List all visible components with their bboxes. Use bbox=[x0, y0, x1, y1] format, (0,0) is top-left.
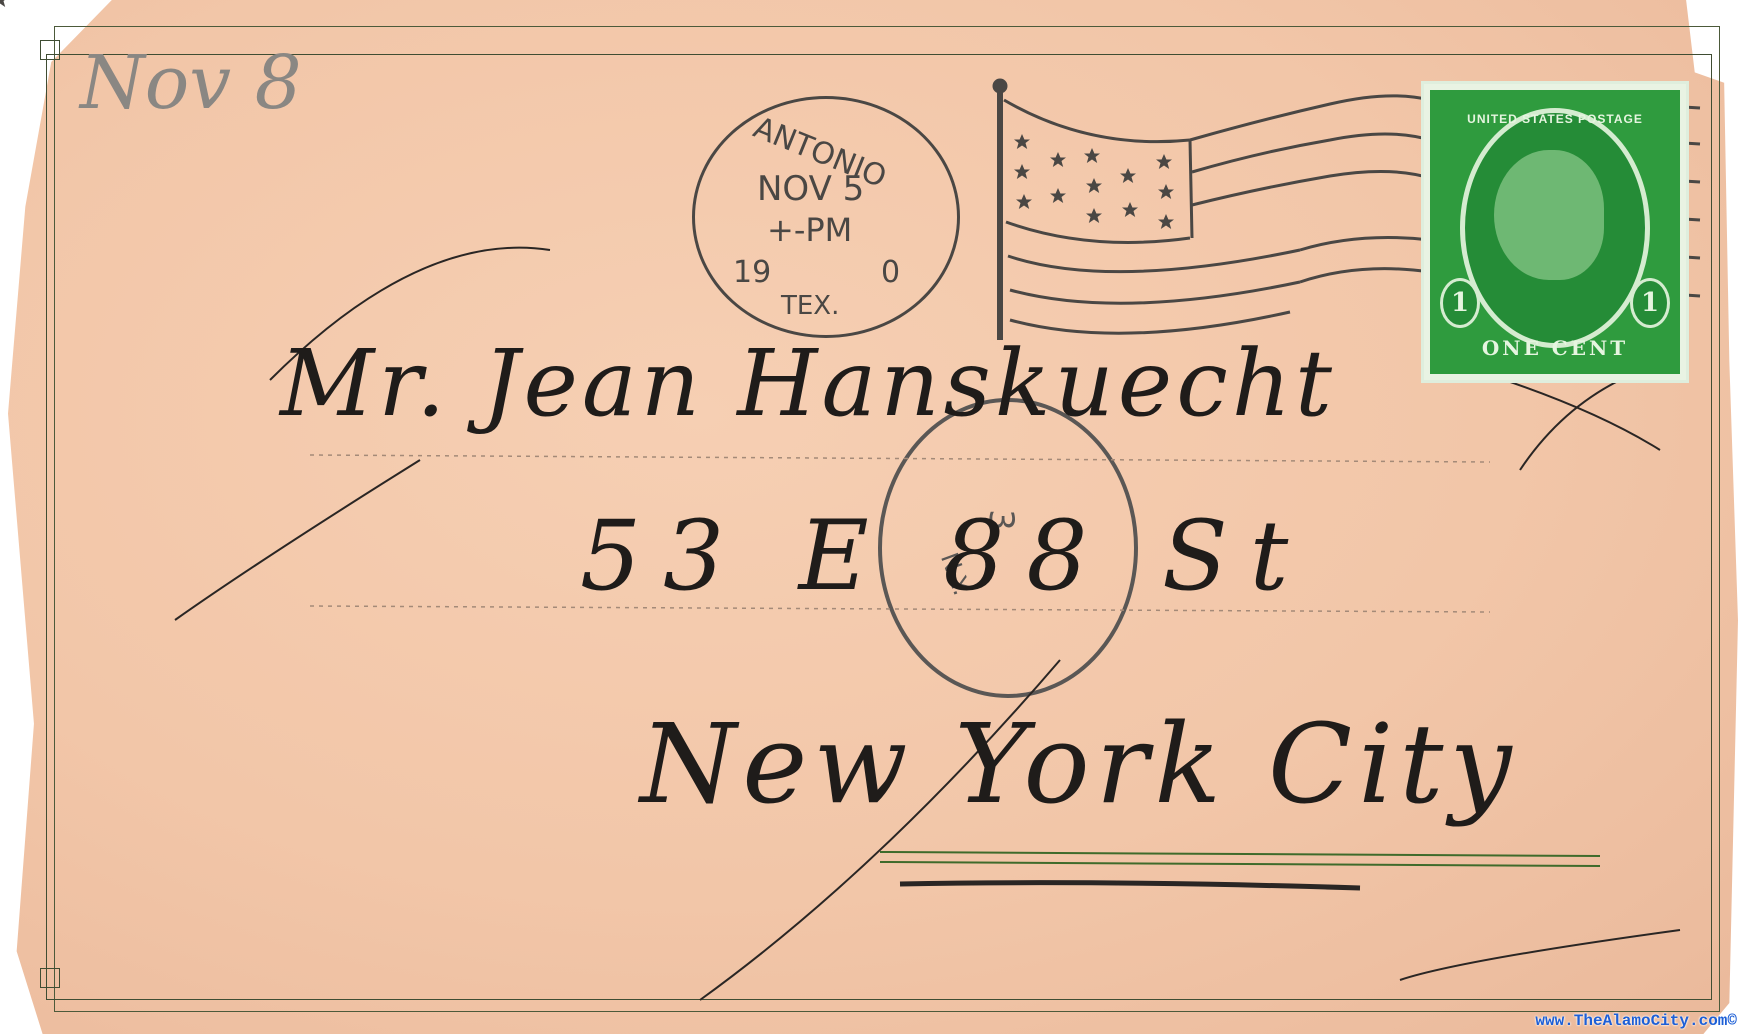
origin-postmark: ANTONIO NOV 5 +-PM 19 0 TEX. bbox=[692, 96, 960, 338]
address-line-city: New York City bbox=[640, 700, 1518, 828]
postmark-time: +-PM bbox=[767, 211, 852, 249]
stamp-denomination-left: 1 bbox=[1440, 278, 1480, 328]
postmark-year-right: 0 bbox=[881, 255, 900, 290]
address-line-name: Mr. Jean Hanskuecht bbox=[280, 330, 1336, 437]
pencil-note: Nov 8 bbox=[80, 40, 302, 126]
corner-ornament bbox=[40, 968, 60, 988]
address-line-street: 53 E 88 St bbox=[580, 500, 1310, 612]
postmark-date: NOV 5 bbox=[757, 169, 864, 209]
stamp-top-text: UNITED STATES POSTAGE bbox=[1430, 112, 1680, 126]
watermark: www.TheAlamoCity.com© bbox=[1535, 1012, 1737, 1030]
stamp-denomination-right: 1 bbox=[1630, 278, 1670, 328]
stamp-bottom-text: ONE CENT bbox=[1430, 336, 1680, 360]
postmark-year-left: 19 bbox=[733, 255, 771, 290]
corner-ornament bbox=[40, 40, 60, 60]
postage-stamp: UNITED STATES POSTAGE 1 1 ONE CENT bbox=[1424, 84, 1686, 380]
postmark-state: TEX. bbox=[781, 291, 839, 321]
franklin-portrait-icon bbox=[1494, 150, 1604, 280]
